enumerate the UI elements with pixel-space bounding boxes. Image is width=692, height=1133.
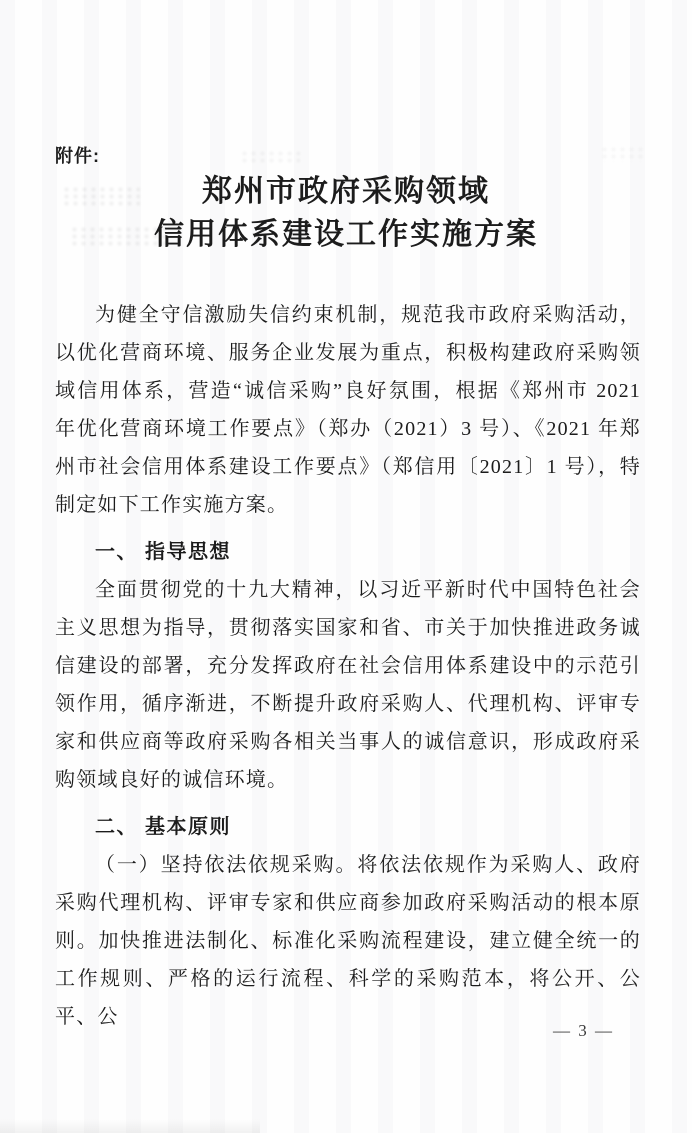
document-title-line1: 郑州市政府采购领域	[0, 170, 692, 213]
document-title: 郑州市政府采购领域 信用体系建设工作实施方案	[0, 170, 692, 256]
paragraph: （一）坚持依法依规采购。将依法依规作为采购人、政府采购代理机构、评审专家和供应商…	[55, 846, 641, 1036]
section-heading: 二、 基本原则	[55, 808, 641, 846]
paragraph: 为健全守信激励失信约束机制，规范我市政府采购活动，以优化营商环境、服务企业发展为…	[55, 296, 641, 524]
scan-edge-shadow	[0, 1119, 260, 1133]
document-title-line2: 信用体系建设工作实施方案	[0, 213, 692, 256]
document-body: 为健全守信激励失信约束机制，规范我市政府采购活动，以优化营商环境、服务企业发展为…	[55, 296, 641, 1036]
bleed-through-mark	[240, 150, 300, 164]
document-page: 附件: 郑州市政府采购领域 信用体系建设工作实施方案 为健全守信激励失信约束机制…	[0, 0, 692, 1133]
paragraph: 全面贯彻党的十九大精神，以习近平新时代中国特色社会主义思想为指导，贯彻落实国家和…	[55, 571, 641, 799]
attachment-label: 附件:	[55, 142, 100, 168]
page-number: — 3 —	[553, 1021, 614, 1041]
paragraph-lead: （一）坚持依法依规采购。	[95, 854, 357, 876]
bleed-through-mark	[600, 146, 646, 162]
section-heading: 一、 指导思想	[55, 533, 641, 571]
